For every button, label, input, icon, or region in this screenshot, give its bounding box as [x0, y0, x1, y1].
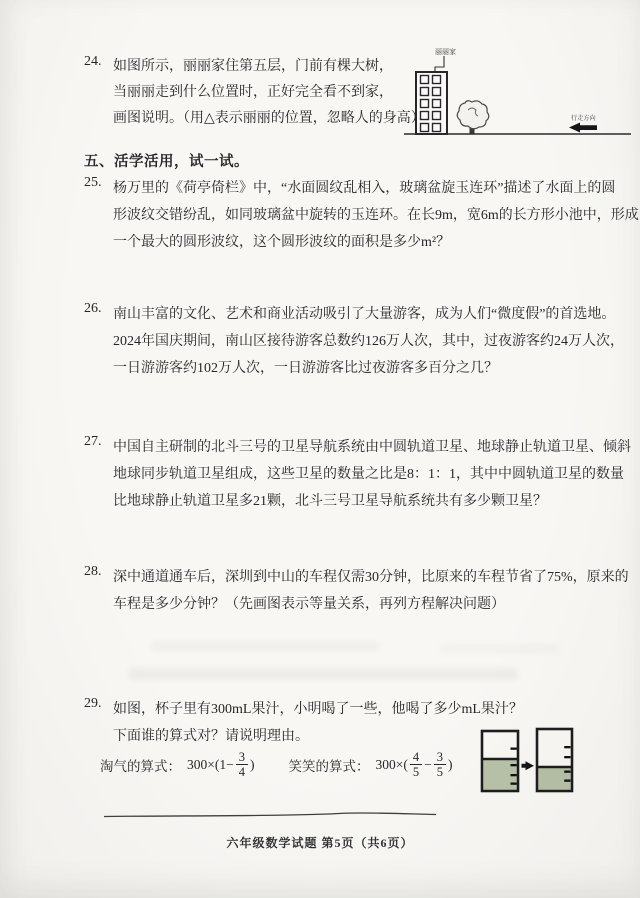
question-27: 27. 中国自主研制的北斗三号的卫星导航系统由中圆轨道卫星、地球静止轨道卫星、倾…	[84, 434, 631, 515]
taoqi-expression-prefix: 300×(1−	[187, 757, 234, 773]
question-27-number: 27.	[84, 434, 113, 515]
xiaoxiao-expression-suffix: )	[448, 757, 453, 773]
question-28-number: 28.	[84, 564, 113, 618]
q29-juice-cups-figure	[477, 723, 579, 798]
bleedthrough-artifact	[150, 641, 380, 651]
question-line: 车程是多少分钟？（先画图表示等量关系，再列方程解决问题）	[113, 591, 629, 618]
q29-formulas: 淘气的算式： 300×(1− 3 4 ) 笑笑的算式： 300×( 4 5 − …	[100, 750, 452, 780]
fraction-denominator: 4	[236, 765, 248, 779]
right-arrow-icon	[522, 761, 535, 770]
fraction-numerator: 3	[236, 750, 248, 765]
question-29-number: 29.	[84, 696, 113, 750]
fraction-numerator: 3	[434, 750, 446, 765]
q24-building-tree-figure: 丽丽家 行走方向	[402, 42, 634, 139]
question-line: 地球同步轨道卫星组成，这些卫星的数量之比是8：1：1，其中中圆轨道卫星的数量	[113, 461, 631, 488]
question-line: 当丽丽走到什么位置时，正好完全看不到家，	[113, 80, 425, 106]
question-26-number: 26.	[84, 301, 113, 382]
question-26-text: 南山丰富的文化、艺术和商业活动吸引了大量游客，成为人们“微度假”的首选地。 20…	[113, 301, 624, 382]
tree-icon	[457, 101, 489, 134]
question-24-number: 24.	[84, 54, 113, 132]
scanned-exam-page: 24. 如图所示，丽丽家住第五层，门前有棵大树， 当丽丽走到什么位置时，正好完全…	[0, 0, 640, 898]
taoqi-expression-suffix: )	[250, 757, 255, 773]
left-arrow-icon	[569, 123, 597, 133]
question-line: 画图说明。（用△表示丽丽的位置，忽略人的身高）	[113, 106, 425, 132]
question-line: 南山丰富的文化、艺术和商业活动吸引了大量游客，成为人们“微度假”的首选地。	[113, 301, 624, 328]
section-5-header: 五、活学活用，试一试。	[84, 150, 249, 171]
fraction: 3 4	[236, 750, 248, 780]
question-line: 2024年国庆期间，南山区接待游客总数约126万人次，其中，过夜游客约24万人次…	[113, 328, 624, 355]
question-25: 25. 杨万里的《荷亭倚栏》中，“水面圆纹乱相入，玻璃盆旋玉连环”描述了水面上的…	[84, 175, 639, 256]
xiaoxiao-formula-label: 笑笑的算式：	[288, 755, 369, 775]
question-line: 形波纹交错纷乱，如同玻璃盆中旋转的玉连环。在长9m，宽6m的长方形小池中，形成	[113, 202, 639, 229]
fraction-numerator: 4	[410, 750, 422, 765]
fraction-denominator: 5	[410, 765, 422, 779]
question-line: 比地球静止轨道卫星多21颗，北斗三号卫星导航系统共有多少颗卫星？	[113, 488, 631, 515]
question-24-text: 如图所示，丽丽家住第五层，门前有棵大树， 当丽丽走到什么位置时，正好完全看不到家…	[113, 54, 425, 132]
home-label: 丽丽家	[435, 47, 456, 56]
question-27-text: 中国自主研制的北斗三号的卫星导航系统由中圆轨道卫星、地球静止轨道卫星、倾斜 地球…	[113, 434, 631, 515]
fraction-denominator: 5	[434, 765, 446, 779]
bottom-rule-line	[104, 811, 436, 819]
bleedthrough-artifact	[128, 668, 518, 680]
question-29-text: 如图，杯子里有300mL果汁，小明喝了一些，他喝了多少mL果汁？ 下面谁的算式对…	[113, 696, 523, 750]
question-28: 28. 深中通道通车后，深圳到中山的车程仅需30分钟，比原来的车程节省了75%，…	[84, 564, 629, 618]
question-line: 一个最大的圆形波纹，这个圆形波纹的面积是多少m²？	[113, 229, 639, 256]
bleedthrough-artifact	[440, 644, 560, 653]
cup-after	[537, 729, 572, 791]
question-24: 24. 如图所示，丽丽家住第五层，门前有棵大树， 当丽丽走到什么位置时，正好完全…	[84, 54, 425, 132]
question-line: 如图，杯子里有300mL果汁，小明喝了一些，他喝了多少mL果汁？	[113, 696, 523, 723]
question-29: 29. 如图，杯子里有300mL果汁，小明喝了一些，他喝了多少mL果汁？ 下面谁…	[84, 696, 523, 750]
question-line: 深中通道通车后，深圳到中山的车程仅需30分钟，比原来的车程节省了75%，原来的	[113, 564, 629, 591]
taoqi-formula-label: 淘气的算式：	[100, 755, 181, 775]
question-line: 中国自主研制的北斗三号的卫星导航系统由中圆轨道卫星、地球静止轨道卫星、倾斜	[113, 434, 631, 461]
cup-before	[482, 731, 518, 791]
question-28-text: 深中通道通车后，深圳到中山的车程仅需30分钟，比原来的车程节省了75%，原来的 …	[113, 564, 629, 618]
question-line: 如图所示，丽丽家住第五层，门前有棵大树，	[113, 54, 425, 80]
direction-label: 行走方向	[571, 114, 596, 122]
fraction: 4 5	[410, 750, 422, 780]
page-footer: 六年级数学试题 第5页（共6页）	[0, 834, 640, 851]
xiaoxiao-expression-prefix: 300×(	[375, 757, 407, 773]
minus-sign: −	[424, 757, 432, 773]
question-line: 杨万里的《荷亭倚栏》中，“水面圆纹乱相入，玻璃盆旋玉连环”描述了水面上的圆	[113, 175, 639, 202]
question-25-number: 25.	[84, 175, 113, 256]
question-26: 26. 南山丰富的文化、艺术和商业活动吸引了大量游客，成为人们“微度假”的首选地…	[84, 301, 624, 382]
question-25-text: 杨万里的《荷亭倚栏》中，“水面圆纹乱相入，玻璃盆旋玉连环”描述了水面上的圆 形波…	[113, 175, 639, 256]
fraction: 3 5	[434, 750, 446, 780]
question-line: 下面谁的算式对？请说明理由。	[113, 723, 523, 750]
question-line: 一日游游客约102万人次，一日游游客比过夜游客多百分之几？	[113, 355, 624, 382]
